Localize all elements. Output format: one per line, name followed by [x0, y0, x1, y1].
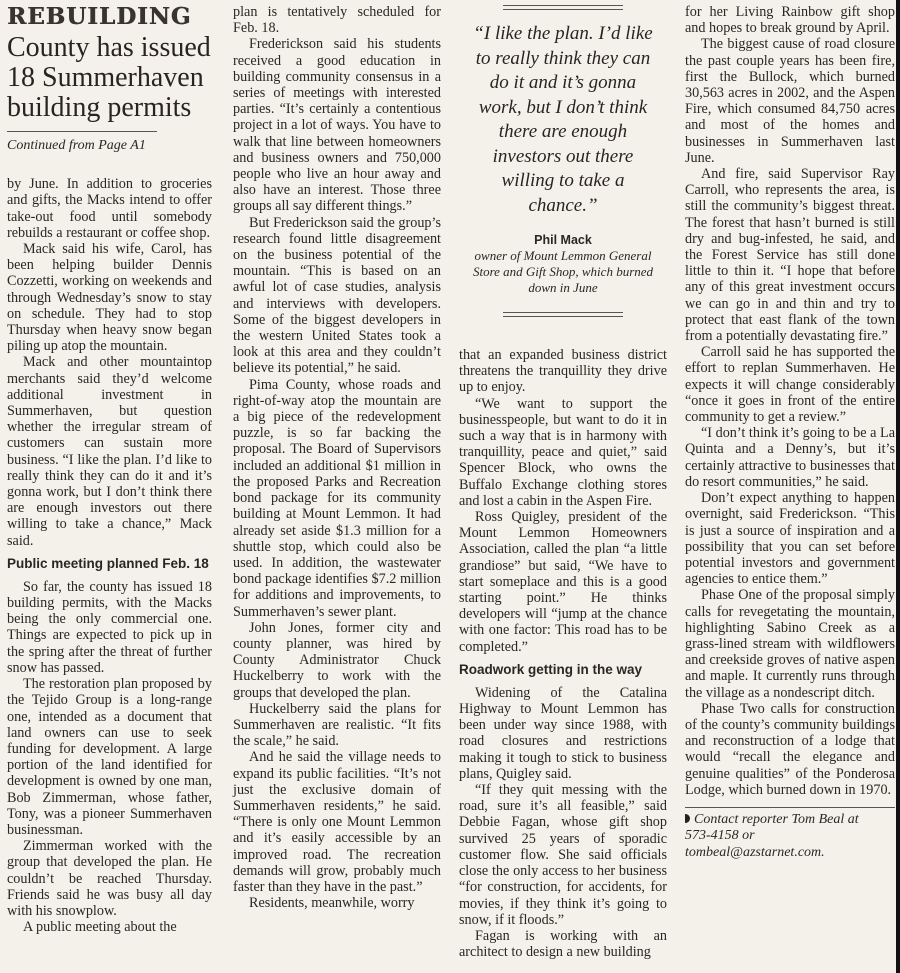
paragraph: “If they quit messing with the road, sur… — [459, 782, 667, 928]
continued-from-label: Continued from Page A1 — [7, 138, 212, 154]
paragraph: for her Living Rainbow gift shop and hop… — [685, 4, 895, 36]
headline: County has issued 18 Summerhaven buildin… — [7, 33, 212, 123]
column-4: for her Living Rainbow gift shop and hop… — [685, 4, 895, 861]
paragraph: Mack and other mountaintop merchants sai… — [7, 354, 212, 548]
paragraph: The restoration plan proposed by the Tej… — [7, 676, 212, 838]
paragraph: And fire, said Supervisor Ray Carroll, w… — [685, 166, 895, 344]
paragraph: Widening of the Catalina Highway to Moun… — [459, 685, 667, 782]
page-edge-border — [896, 0, 900, 973]
paragraph: But Frederickson said the group’s resear… — [233, 215, 441, 377]
paragraph: And he said the village needs to expand … — [233, 749, 441, 895]
headline-rule — [7, 131, 157, 132]
contact-line: Contact reporter Tom Beal at — [694, 812, 859, 827]
paragraph: Frederickson said his students received … — [233, 36, 441, 214]
paragraph: Fagan is working with an architect to de… — [459, 928, 667, 960]
paragraph: Pima County, whose roads and right-of-wa… — [233, 377, 441, 620]
newspaper-page: REBUILDING County has issued 18 Summerha… — [0, 0, 896, 973]
paragraph: Zimmerman worked with the group that dev… — [7, 838, 212, 919]
bullet-icon — [685, 814, 690, 823]
subhead-roadwork: Roadwork getting in the way — [459, 661, 667, 679]
column-1: REBUILDING County has issued 18 Summerha… — [7, 0, 212, 935]
pull-quote-text: “I like the plan. I’d like to really thi… — [469, 22, 657, 218]
paragraph: Phase One of the proposal simply calls f… — [685, 587, 895, 700]
paragraph: Carroll said he has supported the effort… — [685, 344, 895, 425]
paragraph: Don’t expect anything to happen overnigh… — [685, 490, 895, 587]
pull-quote-attribution-title: owner of Mount Lemmon General Store and … — [469, 248, 657, 296]
paragraph: Phase Two calls for construction of the … — [685, 701, 895, 798]
paragraph: Mack said his wife, Carol, has been help… — [7, 241, 212, 354]
pull-quote: “I like the plan. I’d like to really thi… — [459, 5, 667, 317]
column-3: “I like the plan. I’d like to really thi… — [459, 0, 667, 960]
column-2: plan is tentatively scheduled for Feb. 1… — [233, 4, 441, 911]
section-kicker: REBUILDING — [7, 4, 212, 30]
paragraph: John Jones, former city and county plann… — [233, 620, 441, 701]
paragraph: A public meeting about the — [7, 919, 212, 935]
paragraph: that an expanded business district threa… — [459, 347, 667, 396]
paragraph: Residents, meanwhile, worry — [233, 895, 441, 911]
paragraph: So far, the county has issued 18 buildin… — [7, 579, 212, 676]
contact-phone: 573-4158 or — [685, 828, 755, 843]
pull-quote-attribution-name: Phil Mack — [469, 232, 657, 248]
paragraph: “We want to support the businesspeople, … — [459, 396, 667, 509]
paragraph: plan is tentatively scheduled for Feb. 1… — [233, 4, 441, 36]
paragraph: The biggest cause of road closure the pa… — [685, 36, 895, 166]
paragraph: Huckelberry said the plans for Summerhav… — [233, 701, 441, 750]
paragraph: by June. In addition to groceries and gi… — [7, 176, 212, 241]
contact-email[interactable]: tombeal@azstarnet.com. — [685, 845, 825, 860]
pull-quote-top-rule — [503, 5, 623, 10]
contact-rule — [685, 807, 895, 808]
paragraph: Ross Quigley, president of the Mount Lem… — [459, 509, 667, 655]
paragraph: “I don’t think it’s going to be a La Qui… — [685, 425, 895, 490]
reporter-contact: Contact reporter Tom Beal at 573-4158 or… — [685, 812, 895, 862]
subhead-public-meeting: Public meeting planned Feb. 18 — [7, 555, 212, 573]
